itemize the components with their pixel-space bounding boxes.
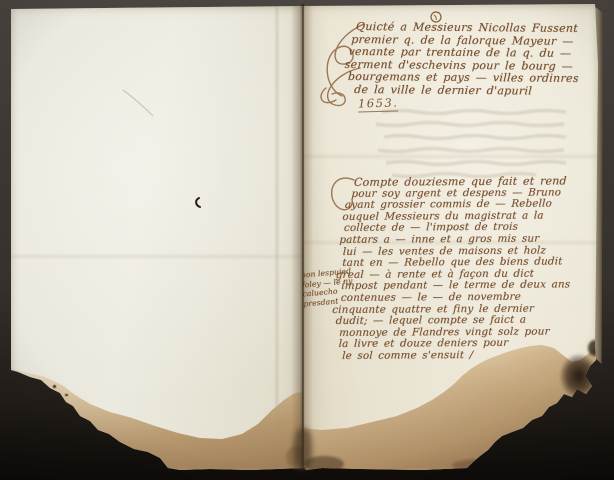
burn-spot (560, 354, 598, 398)
margin-note: bon lespuied foley — le ny caluecho pres… (300, 266, 361, 309)
burn-spot (53, 385, 56, 388)
burn-spot (65, 394, 68, 396)
fold-smudge (294, 428, 312, 470)
body-block: Compte douziesme que fait et rend pour s… (338, 175, 602, 362)
fold-line (302, 4, 304, 468)
date-1653: 1653. (358, 95, 399, 112)
right-page: Quicté a Messieurs Nicollas Fussent prem… (302, 4, 600, 472)
left-page (10, 6, 304, 472)
burn-spot (43, 388, 48, 391)
burn-spot (49, 396, 53, 398)
heading-block: Quicté a Messieurs Nicollas Fussent prem… (352, 21, 597, 99)
burn-spot (33, 380, 37, 383)
manuscript-scan: Quicté a Messieurs Nicollas Fussent prem… (0, 0, 614, 480)
ink-mark-icon (10, 6, 304, 472)
stain-blotch (452, 459, 512, 471)
